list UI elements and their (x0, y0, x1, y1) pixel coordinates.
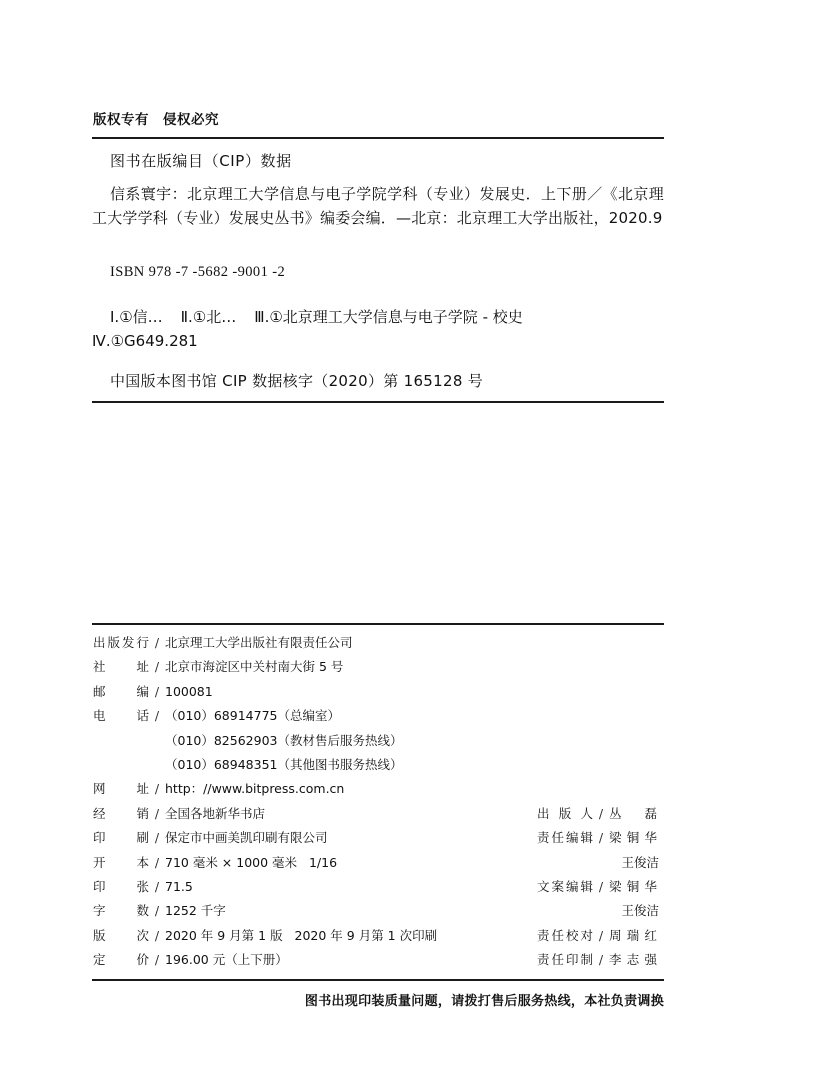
separator: / (593, 951, 609, 969)
row-label: 印张 (93, 878, 149, 896)
row-value: （010）82562903（教材售后服务热线） (93, 732, 402, 750)
divider-colophon-top (92, 623, 664, 625)
cip-description: 信系寰宇：北京理工大学信息与电子学院学科（专业）发展史．上下册／《北京理工大学学… (92, 182, 664, 230)
colophon-row-phone: 电话/（010）68914775（总编室） (93, 707, 665, 731)
staff-label: 责任编辑 (537, 829, 593, 847)
separator: / (149, 854, 165, 872)
staff-name: 王俊洁 (611, 902, 659, 920)
staff-label: 文案编辑 (537, 878, 593, 896)
copyright-page: 版权专有侵权必究 图书在版编目（CIP）数据 信系寰宇：北京理工大学信息与电子学… (0, 0, 836, 1078)
colophon-row-phone-3: （010）68948351（其他图书服务热线） (93, 756, 665, 780)
colophon-row-wordcount: 字数/1252 千字 王俊洁 (93, 902, 665, 926)
separator: / (149, 707, 165, 725)
row-label: 定价 (93, 951, 149, 969)
row-value: 100081 (165, 683, 213, 701)
isbn: ISBN 978 -7 -5682 -9001 -2 (110, 264, 285, 281)
row-label: 字数 (93, 902, 149, 920)
row-value: 2020 年 9 月第 1 版 2020 年 9 月第 1 次印刷 (165, 927, 437, 945)
row-label: 开本 (93, 854, 149, 872)
colophon-row-price: 定价/196.00 元（上下册） 责任印制/李志强 (93, 951, 665, 975)
staff-proofreader: 责任校对/周瑞红 (537, 927, 659, 945)
staff-name: 梁铜华 (609, 829, 657, 847)
staff-copy-editor-2: 王俊洁 (537, 902, 659, 920)
separator: / (149, 634, 165, 652)
colophon: 出版发行/北京理工大学出版社有限责任公司 社址/北京市海淀区中关村南大街 5 号… (93, 634, 665, 975)
row-value: 1252 千字 (165, 902, 226, 920)
separator: / (593, 829, 609, 847)
staff-responsible-editor-2: 王俊洁 (537, 854, 659, 872)
divider-top (92, 137, 664, 139)
separator: / (149, 829, 165, 847)
separator: / (149, 878, 165, 896)
cip-description-text: 信系寰宇：北京理工大学信息与电子学院学科（专业）发展史．上下册／《北京理工大学学… (92, 182, 664, 230)
colophon-row-sheets: 印张/71.5 文案编辑/梁铜华 (93, 878, 665, 902)
staff-publisher: 出版人/丛磊 (537, 805, 659, 823)
row-value: 71.5 (165, 878, 193, 896)
colophon-row-website: 网址/http：//www.bitpress.com.cn (93, 780, 665, 804)
staff-name: 丛磊 (609, 805, 657, 823)
staff-name: 梁铜华 (609, 878, 657, 896)
separator: / (149, 780, 165, 798)
colophon-row-edition: 版次/2020 年 9 月第 1 版 2020 年 9 月第 1 次印刷 责任校… (93, 927, 665, 951)
row-label: 社址 (93, 658, 149, 676)
row-label: 印刷 (93, 829, 149, 847)
colophon-row-publisher: 出版发行/北京理工大学出版社有限责任公司 (93, 634, 665, 658)
row-label: 经销 (93, 805, 149, 823)
row-label: 网址 (93, 780, 149, 798)
colophon-row-postcode: 邮编/100081 (93, 683, 665, 707)
row-value: 710 毫米 × 1000 毫米 1/16 (165, 854, 337, 872)
classification-line-1: Ⅰ.①信…Ⅱ.①北…Ⅲ.①北京理工大学信息与电子学院 - 校史 (92, 305, 664, 329)
separator: / (149, 951, 165, 969)
separator: / (149, 927, 165, 945)
staff-copy-editor: 文案编辑/梁铜华 (537, 878, 659, 896)
row-value: 北京理工大学出版社有限责任公司 (165, 634, 353, 652)
cip-title: 图书在版编目（CIP）数据 (110, 150, 292, 171)
staff-label: 责任校对 (537, 927, 593, 945)
row-label: 出版发行 (93, 634, 149, 652)
classification-item: Ⅰ.①信… (110, 308, 163, 326)
separator: / (593, 805, 609, 823)
colophon-row-phone-2: （010）82562903（教材售后服务热线） (93, 732, 665, 756)
piracy-warning: 侵权必究 (163, 112, 219, 128)
staff-responsible-editor: 责任编辑/梁铜华 (537, 829, 659, 847)
cip-classification: Ⅰ.①信…Ⅱ.①北…Ⅲ.①北京理工大学信息与电子学院 - 校史 Ⅳ.①G649.… (92, 305, 664, 353)
copyright-reserved: 版权专有 (93, 112, 149, 128)
website-link[interactable]: http：//www.bitpress.com.cn (165, 780, 344, 798)
divider-cip-end (92, 401, 664, 403)
separator: / (593, 878, 609, 896)
staff-print-supervisor: 责任印制/李志强 (537, 951, 659, 969)
classification-item: Ⅱ.①北… (181, 308, 237, 326)
row-label: 邮编 (93, 683, 149, 701)
staff-name: 王俊洁 (611, 854, 659, 872)
classification-item: Ⅲ.①北京理工大学信息与电子学院 - 校史 (254, 308, 523, 326)
row-label: 电话 (93, 707, 149, 725)
staff-name: 周瑞红 (609, 927, 657, 945)
separator: / (149, 658, 165, 676)
divider-bottom (92, 979, 664, 981)
row-value: （010）68914775（总编室） (165, 707, 340, 725)
row-value: （010）68948351（其他图书服务热线） (93, 756, 402, 774)
classification-line-2: Ⅳ.①G649.281 (92, 329, 664, 353)
row-value: 保定市中画美凯印刷有限公司 (165, 829, 328, 847)
cip-record-number: 中国版本图书馆 CIP 数据核字（2020）第 165128 号 (110, 370, 483, 391)
colophon-row-distribution: 经销/全国各地新华书店 出版人/丛磊 (93, 805, 665, 829)
quality-notice: 图书出现印装质量问题，请拨打售后服务热线，本社负责调换 (305, 990, 664, 1009)
row-value: 196.00 元（上下册） (165, 951, 288, 969)
row-value: 全国各地新华书店 (165, 805, 265, 823)
staff-name: 李志强 (609, 951, 657, 969)
staff-label: 出版人 (537, 805, 593, 823)
separator: / (593, 927, 609, 945)
copyright-notice: 版权专有侵权必究 (93, 108, 219, 128)
row-label: 版次 (93, 927, 149, 945)
colophon-row-printer: 印刷/保定市中画美凯印刷有限公司 责任编辑/梁铜华 (93, 829, 665, 853)
staff-label: 责任印制 (537, 951, 593, 969)
separator: / (149, 805, 165, 823)
colophon-row-address: 社址/北京市海淀区中关村南大街 5 号 (93, 658, 665, 682)
separator: / (149, 683, 165, 701)
colophon-row-format: 开本/710 毫米 × 1000 毫米 1/16 王俊洁 (93, 854, 665, 878)
row-value: 北京市海淀区中关村南大街 5 号 (165, 658, 343, 676)
separator: / (149, 902, 165, 920)
